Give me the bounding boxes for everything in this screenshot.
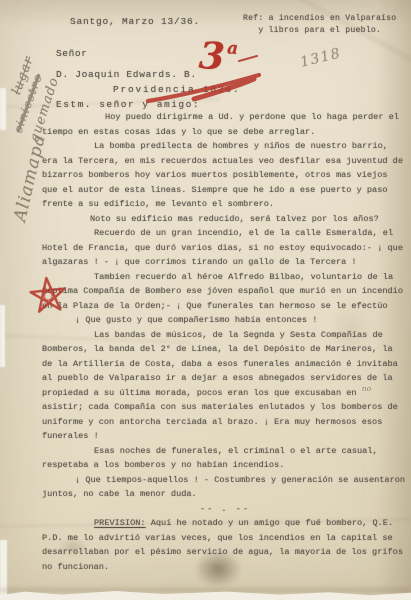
recipient-name: D. Joaquin Edwards. B. xyxy=(56,69,197,80)
paragraph: Hoy puedo dirigirme a Ud. y perdone que … xyxy=(42,110,408,139)
letter-body: Hoy puedo dirigirme a Ud. y perdone que … xyxy=(42,110,408,574)
scanned-letter-page: Santgo, Marzo 13/36. Ref: a incendios en… xyxy=(0,0,411,600)
reference-note: Ref: a incendios en Valparaíso y libros … xyxy=(243,13,396,37)
red-superscript-underline xyxy=(239,56,257,61)
paper-bottom-edge xyxy=(0,588,411,600)
paper-edge-tear xyxy=(0,305,5,367)
paper-edge-shadow xyxy=(0,588,411,592)
paragraph: Recuerdo de un gran incendio, el de la c… xyxy=(42,226,408,270)
pencil-insertion: no xyxy=(362,384,371,393)
prevision-underlined-label: PREVISION: xyxy=(94,518,146,528)
reference-line-2: y libros para el pueblo. xyxy=(243,25,396,37)
paragraph-text: asistir; cada Compañía con sus materiale… xyxy=(42,402,398,441)
greeting-line: Estm. señor y amigo: xyxy=(56,99,200,110)
paragraph: ¡ Que gusto y que compañerismo había ent… xyxy=(42,313,408,328)
pencil-archive-number: 1318 xyxy=(299,45,343,71)
paragraph: PREVISION: Aquí he notado y un amigo que… xyxy=(42,516,408,574)
paragraph: ¡ Que tiempos-aquellos ! - Costumbres y … xyxy=(42,473,408,502)
class-number-digit: 3 xyxy=(198,33,226,78)
red-crayon-class-number: 3a xyxy=(198,37,237,76)
paper-edge-tear xyxy=(0,540,7,600)
paragraph: La bomba predilecta de hombres y niños d… xyxy=(42,139,408,212)
class-number-superscript: a xyxy=(227,39,239,60)
section-separator: -- . -- xyxy=(42,502,408,517)
paper-edge-tear xyxy=(0,88,6,130)
letter-date: Santgo, Marzo 13/36. xyxy=(70,16,200,27)
recipient-address: Providencia 1836. xyxy=(113,84,241,95)
paragraph-text: Las bandas de músicos, de la Segnda y Se… xyxy=(42,330,398,398)
recipient-title: Señor xyxy=(56,48,88,59)
paragraph: Esas noches de funerales, el criminal o … xyxy=(42,444,408,473)
paragraph: Tambien recuerdo al héroe Alfredo Bilbao… xyxy=(42,270,408,314)
paragraph: Noto su edificio mas reducido, será talv… xyxy=(42,212,408,227)
paragraph: Las bandas de músicos, de la Segnda y Se… xyxy=(42,328,408,444)
reference-line-1: Ref: a incendios en Valparaíso xyxy=(243,13,396,25)
